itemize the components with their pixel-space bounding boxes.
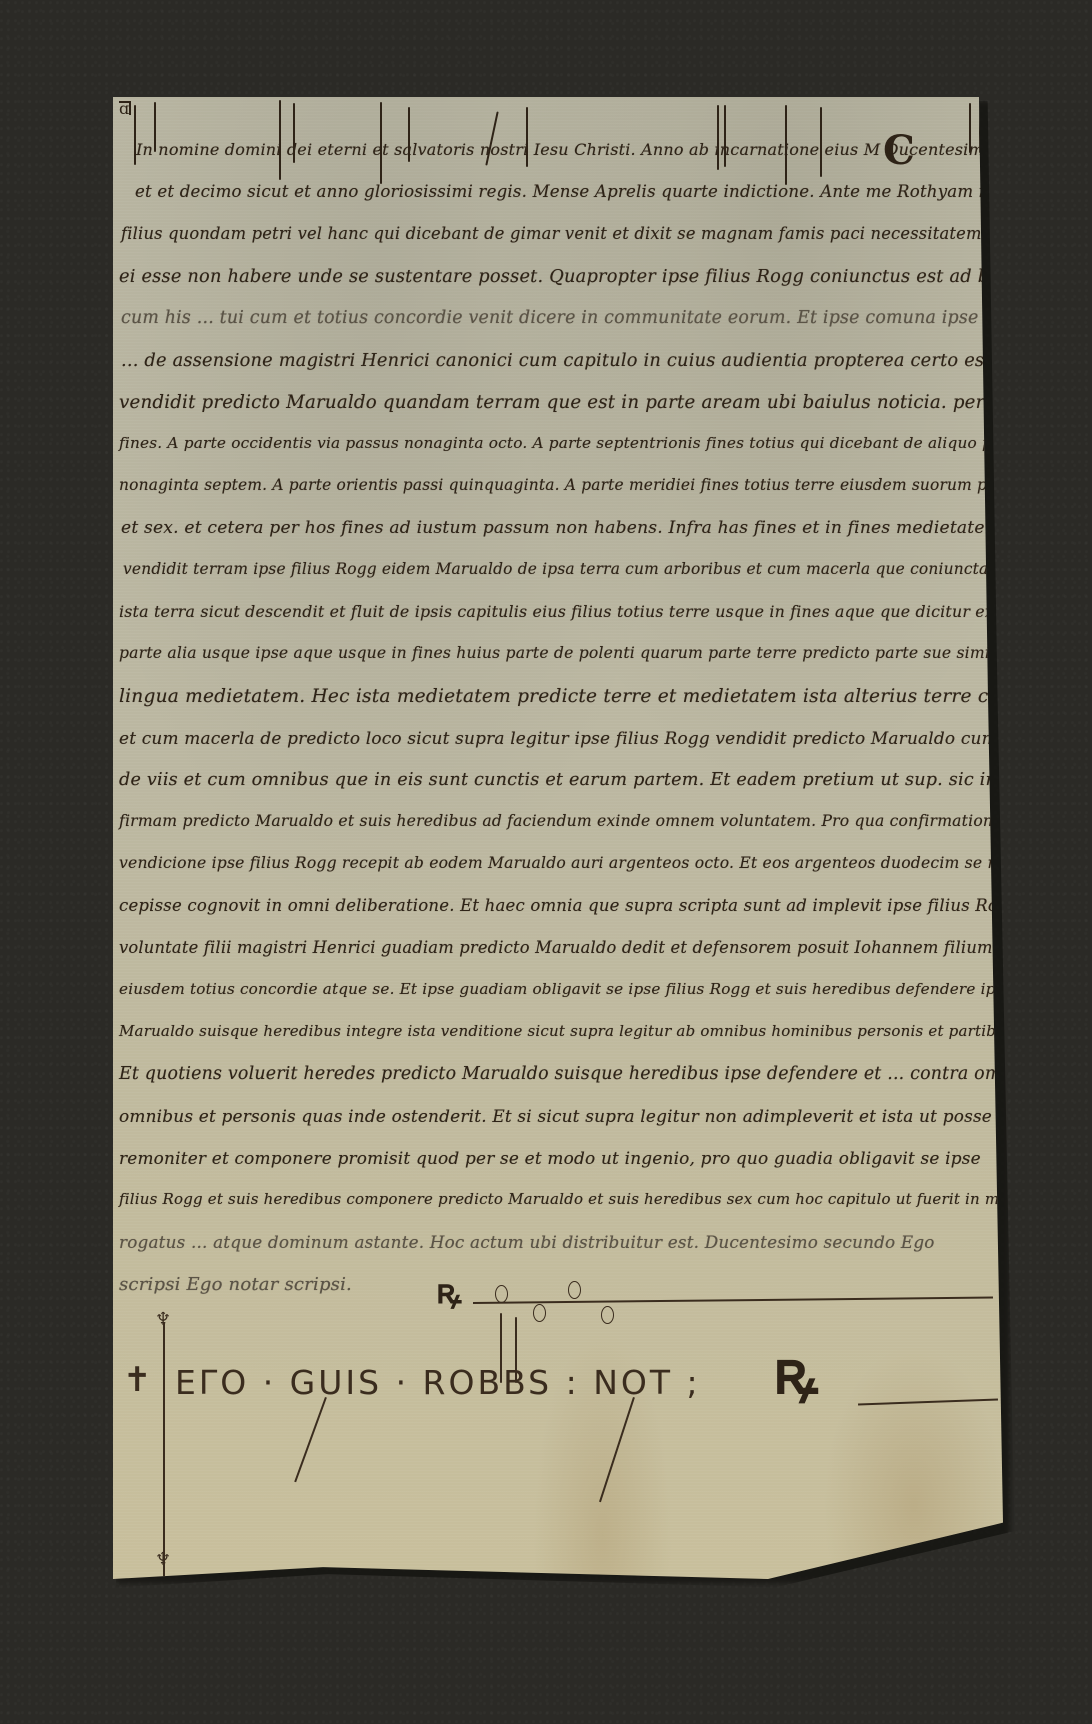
text-line: remoniter et componere promisit quod per… bbox=[119, 1148, 981, 1168]
text-line: nonaginta septem. A parte orientis passi… bbox=[119, 476, 1048, 494]
signature-ascender bbox=[515, 1317, 517, 1383]
rule-loop-ornament bbox=[601, 1306, 614, 1324]
text-line: Et quotiens voluerit heredes predicto Ma… bbox=[119, 1064, 1033, 1084]
text-line: parte alia usque ipse aque usque in fine… bbox=[119, 644, 1000, 662]
rule-loop-ornament bbox=[495, 1285, 508, 1303]
notary-monogram: ꝶ bbox=[436, 1267, 462, 1313]
text-line: fines. A parte occidentis via passus non… bbox=[119, 434, 1023, 452]
signum-staff bbox=[163, 1322, 165, 1577]
text-line: et et decimo sicut et anno gloriosissimi… bbox=[135, 182, 1092, 201]
signum-bottom-ornament: ♆ bbox=[155, 1549, 171, 1570]
text-line: eiusdem totius concordie atque se. Et ip… bbox=[119, 980, 1009, 998]
text-line: cum his ... tui cum et totius concordie … bbox=[121, 308, 1081, 328]
parchment-sheet: ɑ C In nomine domini dei eterni et salva… bbox=[113, 97, 1003, 1579]
text-line: omnibus et personis quas inde ostenderit… bbox=[119, 1106, 1030, 1126]
text-line: vendidit predicto Marualdo quandam terra… bbox=[119, 392, 1092, 413]
signature-ascender bbox=[500, 1313, 502, 1383]
rule-loop-ornament bbox=[533, 1304, 546, 1322]
text-line: de viis et cum omnibus que in eis sunt c… bbox=[119, 770, 1048, 790]
text-line: Marualdo suisque heredibus integre ista … bbox=[119, 1022, 1014, 1040]
text-line: voluntate filii magistri Henrici guadiam… bbox=[119, 938, 993, 957]
text-line: firmam predicto Marualdo et suis heredib… bbox=[119, 812, 1024, 830]
text-line: lingua medietatem. Hec ista medietatem p… bbox=[119, 686, 1092, 707]
text-line: et sex. et cetera per hos fines ad iustu… bbox=[121, 518, 1092, 538]
text-line: ei esse non habere unde se sustentare po… bbox=[119, 266, 1092, 287]
text-line: In nomine domini dei eterni et salvatori… bbox=[136, 140, 1068, 159]
subscription-text: scripsi Ego notar scripsi. bbox=[119, 1274, 352, 1295]
text-line: filius quondam petri vel hanc qui diceba… bbox=[121, 224, 1080, 243]
text-line: filius Rogg et suis heredibus componere … bbox=[119, 1190, 1028, 1208]
text-line: rogatus ... atque dominum astante. Hoc a… bbox=[119, 1232, 935, 1252]
rule-loop-ornament bbox=[568, 1281, 581, 1299]
text-line: ... de assensione magistri Henrici canon… bbox=[121, 350, 1078, 371]
signum-top-ornament: ♆ bbox=[155, 1309, 171, 1330]
text-line: et cum macerla de predicto loco sicut su… bbox=[119, 728, 1036, 748]
signature-cross: ✝ bbox=[123, 1360, 155, 1400]
text-line: cepisse cognovit in omni deliberatione. … bbox=[119, 896, 1020, 915]
signature-text: ΕΓΟ · GUIS · ROBBS : NOT ; bbox=[175, 1363, 701, 1402]
text-line: vendicione ipse filius Rogg recepit ab e… bbox=[119, 854, 1005, 872]
charter-text: In nomine domini dei eterni et salvatori… bbox=[113, 97, 1003, 1579]
signature-monogram: ꝶ bbox=[773, 1329, 818, 1411]
text-line: vendidit terram ipse filius Rogg eidem M… bbox=[123, 560, 1056, 578]
text-line: ista terra sicut descendit et fluit de i… bbox=[119, 602, 994, 621]
